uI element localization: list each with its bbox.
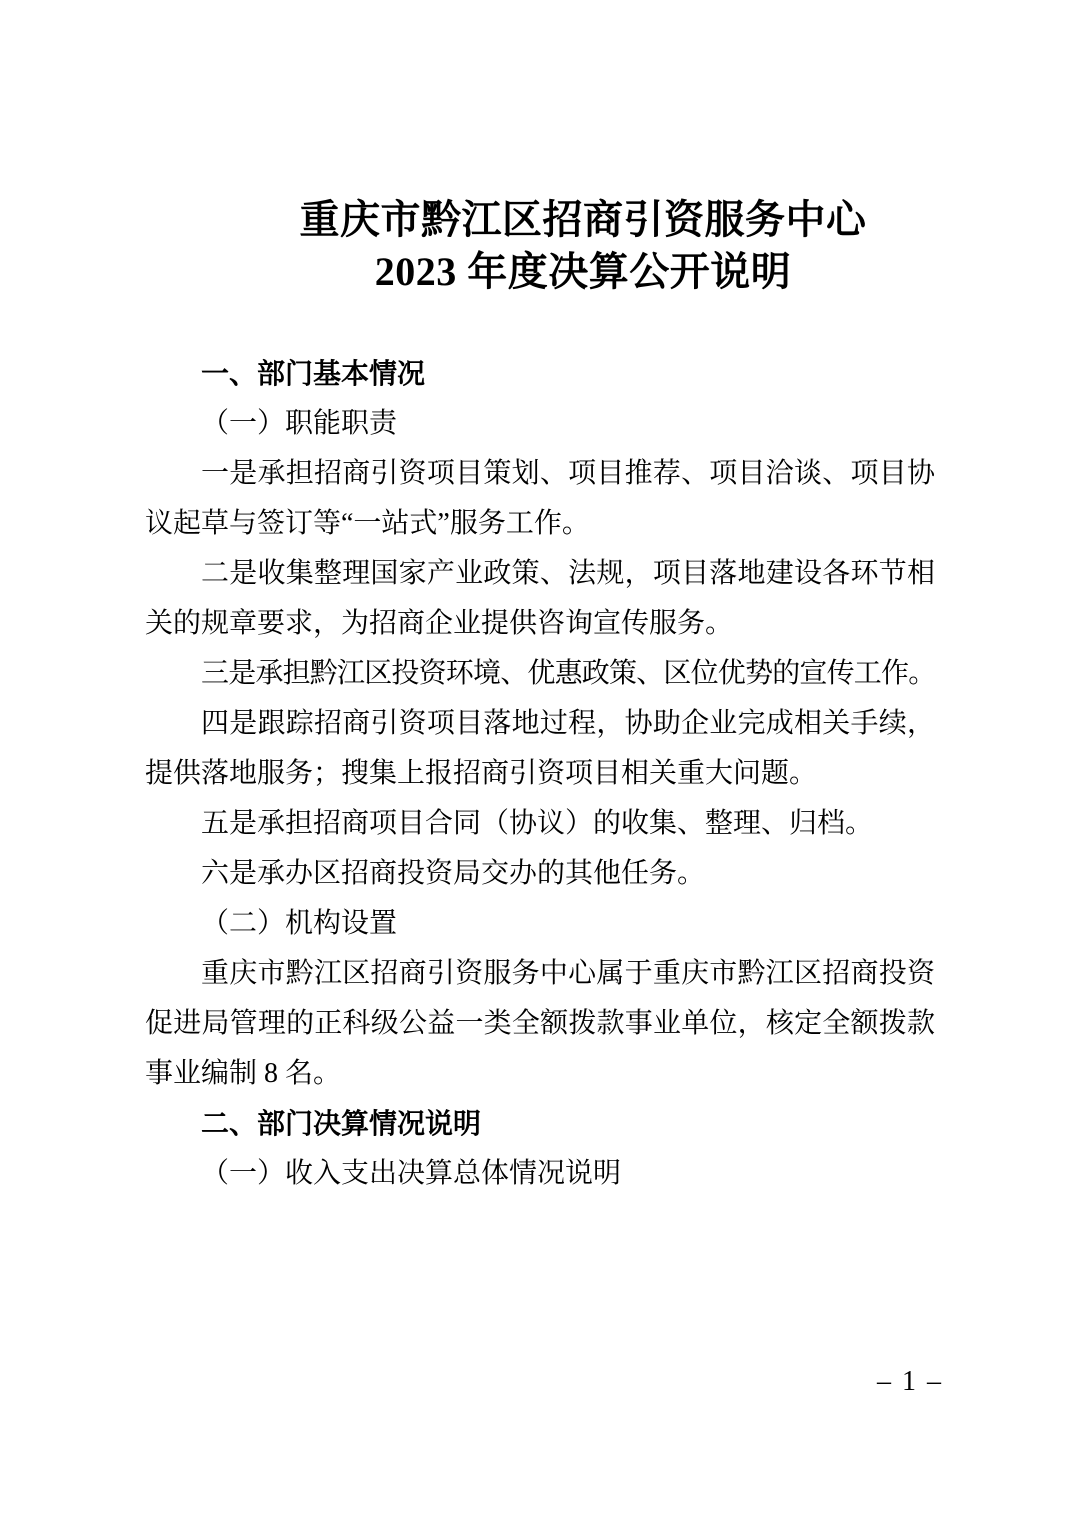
paragraph-line: 提供落地服务；搜集上报招商引资项目相关重大问题。 — [145, 749, 935, 799]
subsection-1-2-heading: （二）机构设置 — [145, 899, 935, 949]
paragraph-line: 重庆市黔江区招商引资服务中心属于重庆市黔江区招商投资 — [145, 949, 935, 999]
title-line-1: 重庆市黔江区招商引资服务中心 — [46, 194, 1074, 246]
paragraph-line: 六是承办区招商投资局交办的其他任务。 — [145, 849, 935, 899]
paragraph-line: 关的规章要求，为招商企业提供咨询宣传服务。 — [145, 599, 935, 649]
title-line-2: 2023 年度决算公开说明 — [46, 246, 1074, 298]
paragraph-line: 事业编制 8 名。 — [145, 1049, 935, 1099]
paragraph-line: 四是跟踪招商引资项目落地过程，协助企业完成相关手续， — [145, 699, 935, 749]
paragraph-line: 促进局管理的正科级公益一类全额拨款事业单位，核定全额拨款 — [145, 999, 935, 1049]
document-title: 重庆市黔江区招商引资服务中心 2023 年度决算公开说明 — [46, 194, 1074, 298]
paragraph-line: 议起草与签订等“一站式”服务工作。 — [145, 499, 935, 549]
document-body: 一、部门基本情况 （一）职能职责 一是承担招商引资项目策划、项目推荐、项目洽谈、… — [145, 349, 935, 1199]
paragraph-line: 三是承担黔江区投资环境、优惠政策、区位优势的宣传工作。 — [145, 649, 935, 699]
subsection-1-1-heading: （一）职能职责 — [145, 399, 935, 449]
paragraph-line: 五是承担招商项目合同（协议）的收集、整理、归档。 — [145, 799, 935, 849]
page-number: – 1 – — [877, 1366, 943, 1398]
section-1-heading: 一、部门基本情况 — [145, 349, 935, 399]
paragraph-line: 一是承担招商引资项目策划、项目推荐、项目洽谈、项目协 — [145, 449, 935, 499]
section-2-heading: 二、部门决算情况说明 — [145, 1099, 935, 1149]
subsection-2-1-heading: （一）收入支出决算总体情况说明 — [145, 1149, 935, 1199]
paragraph-line: 二是收集整理国家产业政策、法规，项目落地建设各环节相 — [145, 549, 935, 599]
document-page: 重庆市黔江区招商引资服务中心 2023 年度决算公开说明 一、部门基本情况 （一… — [0, 0, 1074, 1520]
